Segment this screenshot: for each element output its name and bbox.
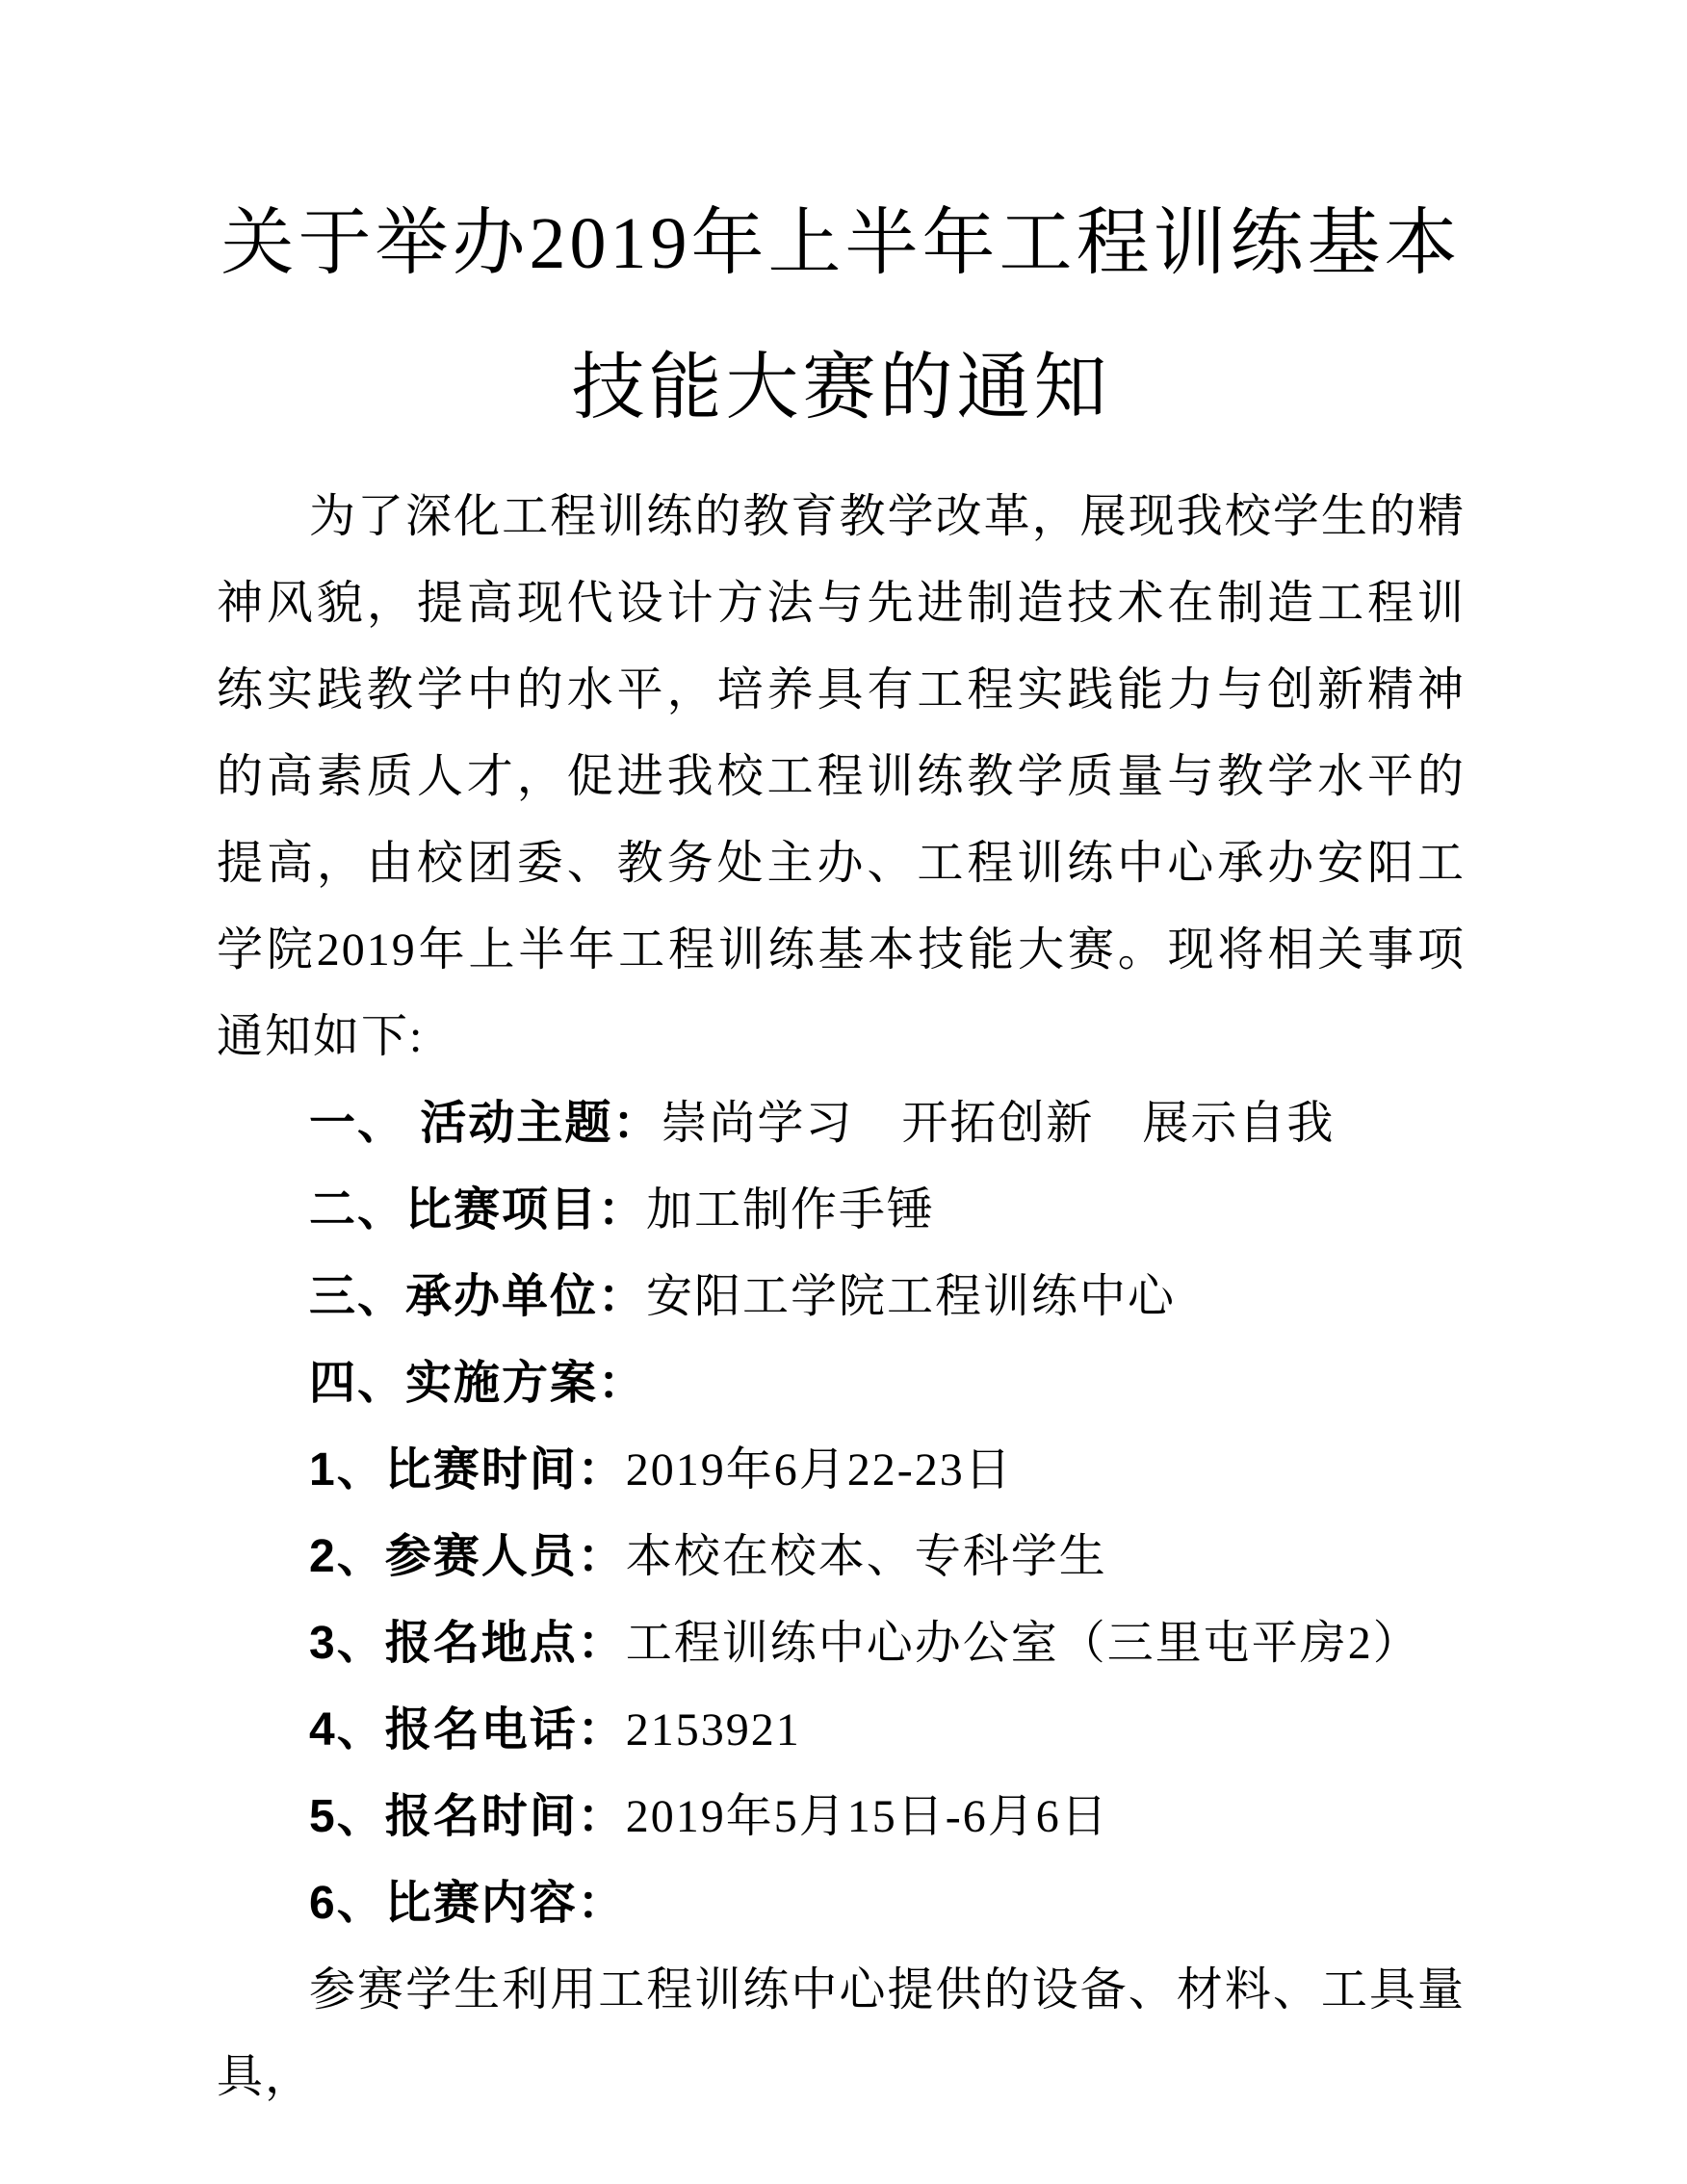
- section-competition-event-value: 加工制作手锤: [646, 1184, 935, 1235]
- item-registration-time-value: 2019年5月15日-6月6日: [626, 1791, 1109, 1842]
- document-body: 为了深化工程训练的教育教学改革，展现我校学生的精神风貌，提高现代设计方法与先进制…: [217, 474, 1466, 2120]
- section-implementation-plan: 四、实施方案：: [217, 1340, 1466, 1427]
- document-title: 关于举办2019年上半年工程训练基本 技能大赛的通知: [217, 171, 1466, 460]
- section-organizer-label: 三、承办单位：: [309, 1271, 646, 1322]
- item-registration-time-label: 5、报名时间：: [309, 1791, 626, 1842]
- item-registration-location: 3、报名地点：工程训练中心办公室（三里屯平房2）: [217, 1600, 1466, 1687]
- closing-paragraph: 参赛学生利用工程训练中心提供的设备、材料、工具量具，: [217, 1947, 1466, 2120]
- section-organizer: 三、承办单位：安阳工学院工程训练中心: [217, 1254, 1466, 1340]
- item-registration-phone-value: 2153921: [626, 1704, 801, 1755]
- document-title-line1: 关于举办2019年上半年工程训练基本: [217, 171, 1466, 316]
- item-participants-label: 2、参赛人员：: [309, 1531, 626, 1582]
- section-competition-event-label: 二、比赛项目：: [309, 1184, 646, 1235]
- section-activity-theme-label: 一、 活动主题：: [309, 1098, 661, 1149]
- notice-document-page: 关于举办2019年上半年工程训练基本 技能大赛的通知 为了深化工程训练的教育教学…: [0, 0, 1687, 2184]
- item-competition-time-label: 1、比赛时间：: [309, 1444, 626, 1495]
- document-title-line2: 技能大赛的通知: [217, 316, 1466, 460]
- item-registration-time: 5、报名时间：2019年5月15日-6月6日: [217, 1774, 1466, 1860]
- item-competition-time: 1、比赛时间：2019年6月22-23日: [217, 1427, 1466, 1514]
- item-registration-location-label: 3、报名地点：: [309, 1618, 626, 1669]
- item-participants: 2、参赛人员：本校在校本、专科学生: [217, 1514, 1466, 1600]
- section-organizer-value: 安阳工学院工程训练中心: [646, 1271, 1176, 1322]
- section-activity-theme: 一、 活动主题：崇尚学习 开拓创新 展示自我: [217, 1080, 1466, 1167]
- section-activity-theme-value: 崇尚学习 开拓创新 展示自我: [661, 1098, 1335, 1149]
- item-competition-content: 6、比赛内容：: [217, 1860, 1466, 1947]
- item-participants-value: 本校在校本、专科学生: [626, 1531, 1107, 1582]
- item-competition-time-value: 2019年6月22-23日: [626, 1444, 1013, 1495]
- section-competition-event: 二、比赛项目：加工制作手锤: [217, 1167, 1466, 1254]
- item-registration-phone-label: 4、报名电话：: [309, 1704, 626, 1755]
- section-implementation-plan-label: 四、实施方案：: [309, 1358, 646, 1409]
- item-registration-phone: 4、报名电话：2153921: [217, 1687, 1466, 1774]
- item-competition-content-label: 6、比赛内容：: [309, 1878, 626, 1929]
- intro-paragraph: 为了深化工程训练的教育教学改革，展现我校学生的精神风貌，提高现代设计方法与先进制…: [217, 474, 1466, 1080]
- item-registration-location-value: 工程训练中心办公室（三里屯平房2）: [626, 1618, 1421, 1669]
